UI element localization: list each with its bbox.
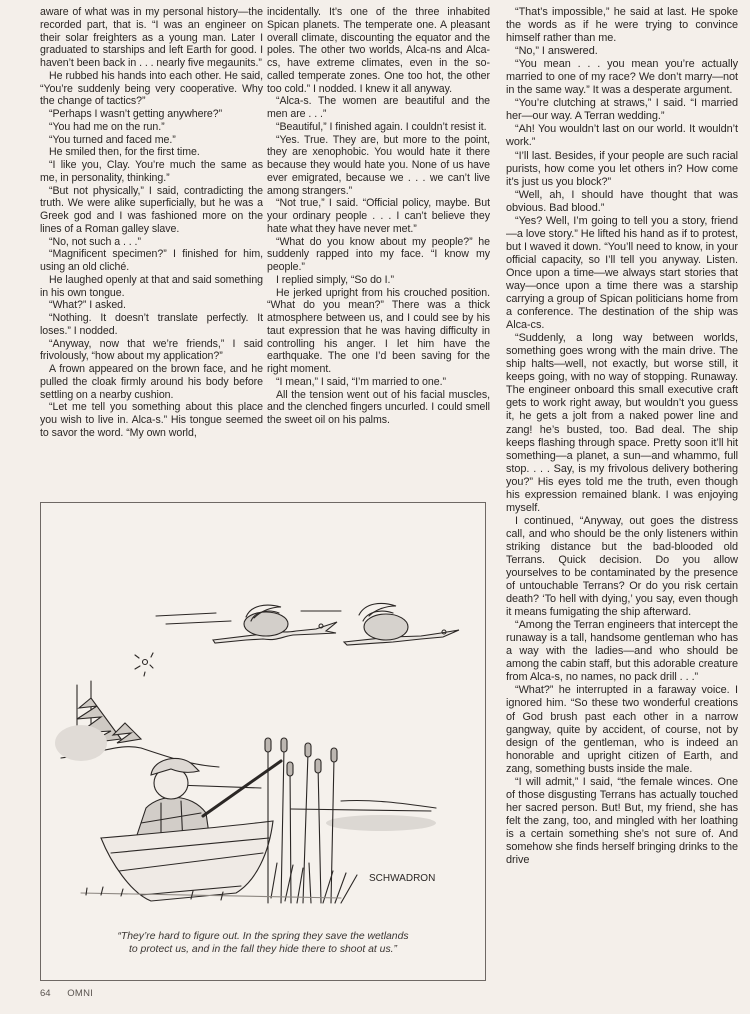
paragraph: “I’ll last. Besides, if your people are … (506, 150, 738, 189)
paragraph: “I mean,” I said, “I’m married to one.” (267, 376, 490, 389)
paragraph: He laughed openly at that and said somet… (40, 274, 263, 300)
sun-icon (135, 653, 153, 676)
cartoon-illustration: SCHWADRON “They’re hard to figure out. I… (40, 502, 486, 981)
paragraph: He smiled then, for the first time. (40, 146, 263, 159)
paragraph: “No, not such a . . .” (40, 236, 263, 249)
rowboat-icon (101, 821, 273, 901)
paragraph: “No,” I answered. (506, 45, 738, 58)
text-column-1: aware of what was in my personal history… (40, 6, 263, 440)
paragraph: “Let me tell you something about this pl… (40, 401, 263, 439)
paragraph: “What?” he interrupted in a faraway voic… (506, 684, 738, 775)
paragraph: “You mean . . . you mean you’re actually… (506, 58, 738, 97)
paragraph: incidentally. It’s one of the three inha… (267, 6, 490, 95)
cartoon-signature: SCHWADRON (369, 873, 435, 884)
paragraph: “You turned and faced me.” (40, 134, 263, 147)
paragraph: aware of what was in my personal history… (40, 6, 263, 70)
paragraph: “What do you know about my people?” he s… (267, 236, 490, 274)
paragraph: I replied simply, “So do I.” (267, 274, 490, 287)
page-footer: 64 OMNI (40, 988, 93, 999)
paragraph: “I like you, Clay. You’re much the same … (40, 159, 263, 185)
paragraph: “Anyway, now that we’re friends,” I said… (40, 338, 263, 364)
text-column-3: “That’s impossible,” he said at last. He… (506, 6, 738, 867)
paragraph: “What?” I asked. (40, 299, 263, 312)
paragraph: I continued, “Anyway, out goes the distr… (506, 515, 738, 619)
paragraph: “But not physically,” I said, contradict… (40, 185, 263, 236)
paragraph: “Ah! You wouldn’t last on our world. It … (506, 123, 738, 149)
goose-icon (344, 603, 459, 645)
paragraph: “Well, ah, I should have thought that wa… (506, 189, 738, 215)
paragraph: “That’s impossible,” he said at last. He… (506, 6, 738, 45)
text-column-2: incidentally. It’s one of the three inha… (267, 6, 490, 427)
paragraph: All the tension went out of his facial m… (267, 389, 490, 427)
publication-name: OMNI (67, 988, 93, 999)
paragraph: “You’re clutching at straws,” I said. “I… (506, 97, 738, 123)
paragraph: “You had me on the run.” (40, 121, 263, 134)
paragraph: A frown appeared on the brown face, and … (40, 363, 263, 401)
paragraph: “Nothing. It doesn’t translate perfectly… (40, 312, 263, 338)
paragraph: “Alca-s. The women are beautiful and the… (267, 95, 490, 121)
paragraph: “I will admit,” I said, “the female winc… (506, 776, 738, 867)
paragraph: “Yes? Well, I’m going to tell you a stor… (506, 215, 738, 332)
paragraph: “Among the Terran engineers that interce… (506, 619, 738, 684)
caption-line-2: to protect us, and in the fall they hide… (41, 944, 485, 957)
page-number: 64 (40, 988, 51, 999)
cartoon-drawing: SCHWADRON (41, 503, 487, 982)
caption-line-1: “They’re hard to figure out. In the spri… (41, 931, 485, 944)
speed-line-icon (156, 613, 216, 616)
paragraph: “Magnificent specimen?” I finished for h… (40, 248, 263, 274)
paragraph: He rubbed his hands into each other. He … (40, 70, 263, 108)
paragraph: He jerked upright from his crouched posi… (267, 287, 490, 376)
paragraph: “Perhaps I wasn’t getting anywhere?” (40, 108, 263, 121)
paragraph: “Yes. True. They are, but more to the po… (267, 134, 490, 198)
paragraph: “Not true,” I said. “Official policy, ma… (267, 197, 490, 235)
paragraph: “Beautiful,” I finished again. I couldn’… (267, 121, 490, 134)
paragraph: “Suddenly, a long way between worlds, so… (506, 332, 738, 515)
cartoon-caption: “They’re hard to figure out. In the spri… (41, 931, 485, 956)
